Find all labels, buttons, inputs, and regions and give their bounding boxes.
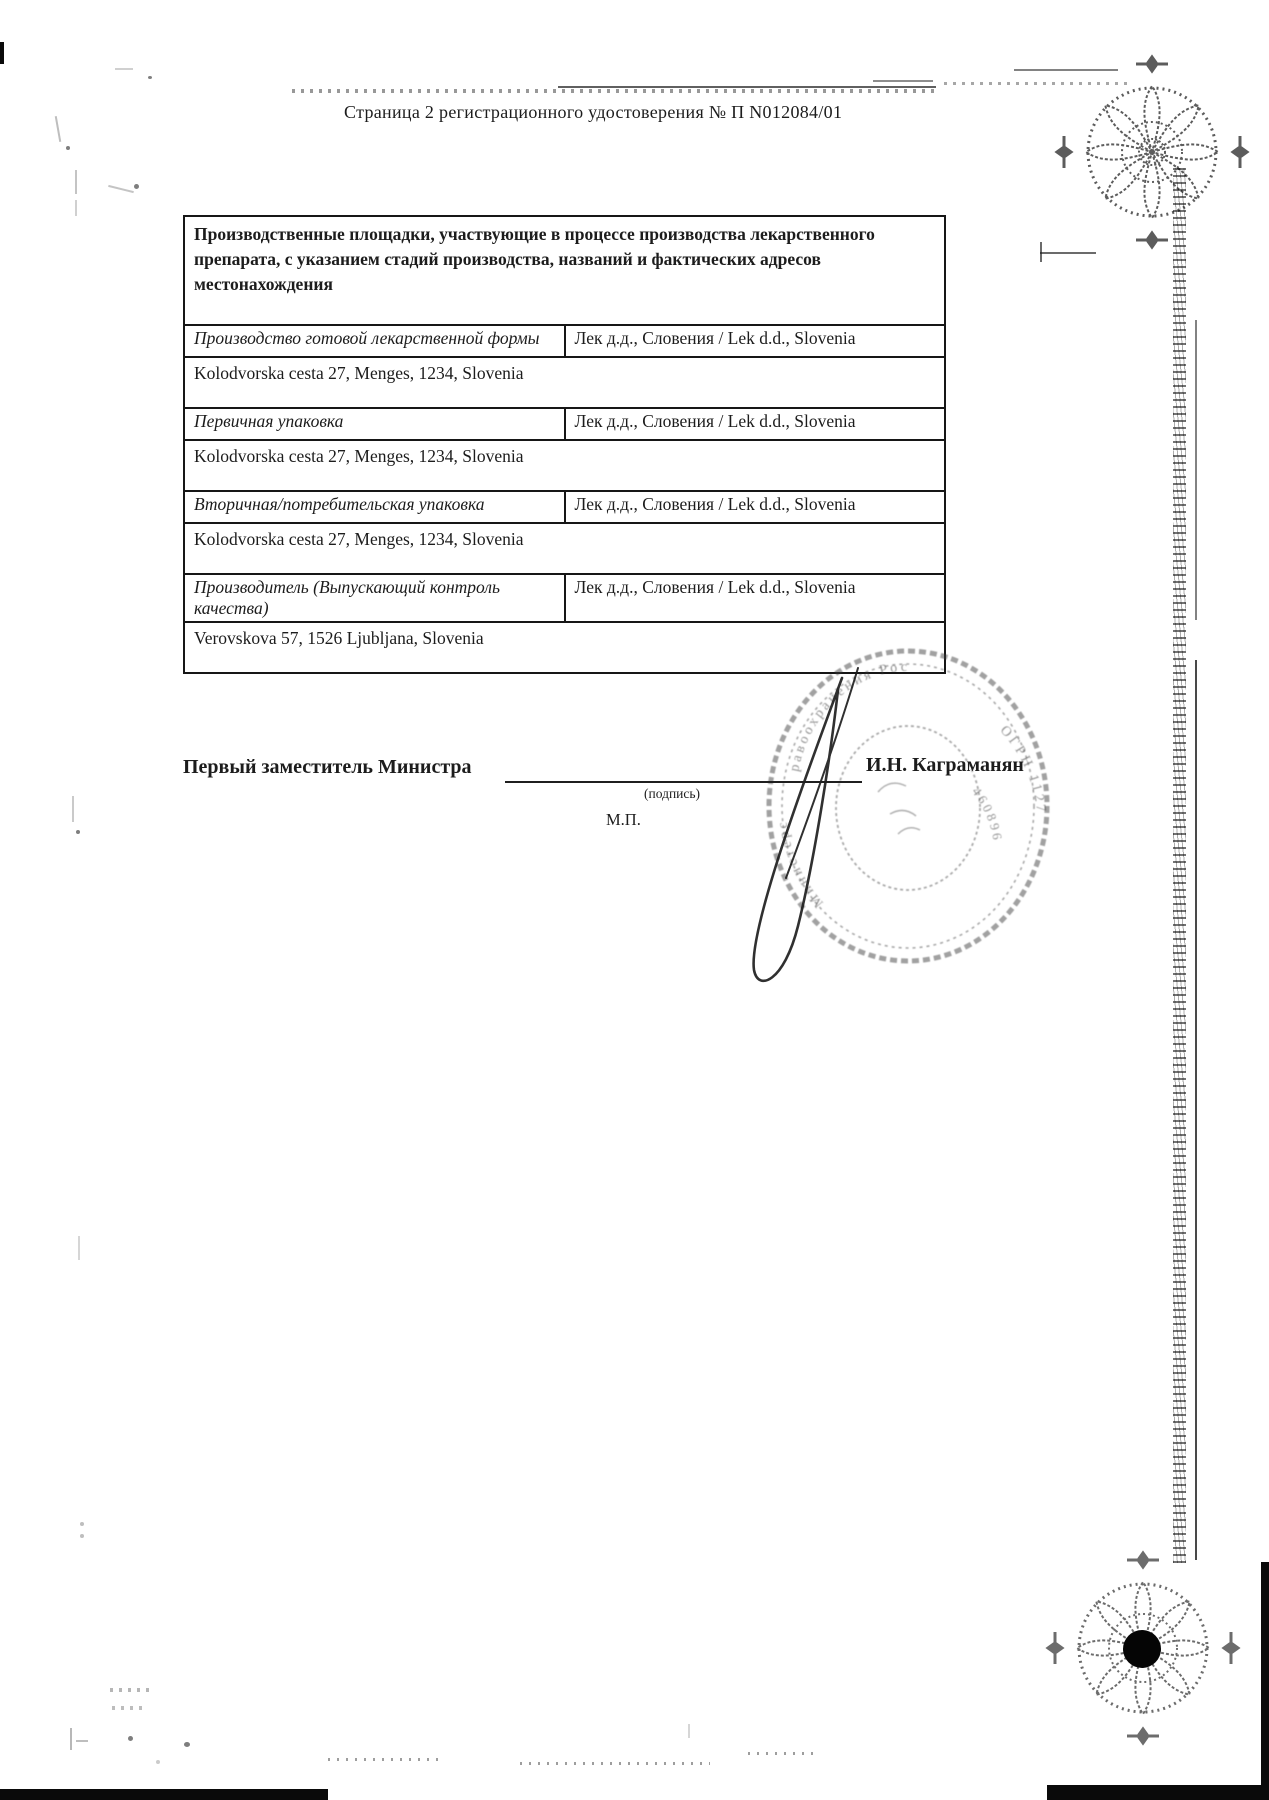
manufacturer: Лек д.д., Словения / Lek d.d., Slovenia xyxy=(565,491,946,523)
scan-noise xyxy=(115,68,133,70)
scan-noise xyxy=(55,116,61,142)
scan-noise xyxy=(688,1724,690,1738)
production-stage: Производитель (Выпускающий контроль каче… xyxy=(184,574,565,622)
signatory-name: И.Н. Каграманян xyxy=(866,754,1024,777)
scanned-certificate-page: Страница 2 регистрационного удостоверени… xyxy=(0,0,1269,1800)
table-header-row: Производственные площадки, участвующие в… xyxy=(184,216,945,325)
scan-noise xyxy=(66,146,70,150)
scan-noise-line xyxy=(558,86,936,88)
table-header: Производственные площадки, участвующие в… xyxy=(184,216,945,325)
guilloche-border xyxy=(1173,168,1186,1563)
table-row: Производство готовой лекарственной формы… xyxy=(184,325,945,357)
scan-noise xyxy=(80,1534,84,1538)
scan-noise xyxy=(156,1760,160,1764)
scan-corner-mark xyxy=(1040,242,1042,262)
table-row: Вторичная/потребительская упаковка Лек д… xyxy=(184,491,945,523)
scan-noise xyxy=(112,1706,146,1710)
scan-noise xyxy=(70,1728,72,1750)
scan-edge-band xyxy=(1047,1785,1269,1800)
scan-noise xyxy=(76,830,80,834)
scan-noise xyxy=(108,185,134,193)
production-stage: Производство готовой лекарственной формы xyxy=(184,325,565,357)
scan-noise xyxy=(75,170,77,194)
handwritten-signature xyxy=(690,640,950,1000)
scan-noise xyxy=(80,1522,84,1526)
signature-line xyxy=(505,781,862,783)
scan-noise xyxy=(184,1742,190,1747)
table-row: Kolodvorska cesta 27, Menges, 1234, Slov… xyxy=(184,523,945,574)
production-sites-table: Производственные площадки, участвующие в… xyxy=(183,215,946,674)
scan-noise xyxy=(134,184,139,189)
punch-hole-dot xyxy=(1123,1630,1161,1668)
scan-noise xyxy=(75,200,77,216)
production-stage: Вторичная/потребительская упаковка xyxy=(184,491,565,523)
scan-noise xyxy=(72,796,74,822)
table-row: Производитель (Выпускающий контроль каче… xyxy=(184,574,945,622)
scan-edge-band xyxy=(0,1789,328,1800)
seal-caption: М.П. xyxy=(606,810,641,830)
scan-noise xyxy=(78,1236,80,1260)
stamp-digits-text: 460896 xyxy=(969,784,1005,844)
production-stage: Первичная упаковка xyxy=(184,408,565,440)
scan-noise-line xyxy=(328,1758,438,1761)
signatory-title: Первый заместитель Министра xyxy=(183,756,472,779)
border-line xyxy=(1195,320,1197,620)
manufacturer: Лек д.д., Словения / Lek d.d., Slovenia xyxy=(565,408,946,440)
scan-noise xyxy=(148,76,152,79)
table-row: Kolodvorska cesta 27, Menges, 1234, Slov… xyxy=(184,357,945,408)
table-row: Первичная упаковка Лек д.д., Словения / … xyxy=(184,408,945,440)
scan-noise-line xyxy=(873,80,933,82)
svg-text:460896: 460896 xyxy=(969,784,1005,844)
rosette-ornament-icon xyxy=(1043,1548,1243,1748)
scan-noise xyxy=(76,1740,88,1742)
manufacturer: Лек д.д., Словения / Lek d.d., Slovenia xyxy=(565,325,946,357)
scan-edge-mark xyxy=(0,42,4,64)
scan-noise-line xyxy=(292,89,940,93)
manufacturer-address: Kolodvorska cesta 27, Menges, 1234, Slov… xyxy=(184,440,945,491)
page-title: Страница 2 регистрационного удостоверени… xyxy=(344,102,842,123)
rosette-ornament-icon xyxy=(1052,52,1252,252)
table-row: Kolodvorska cesta 27, Menges, 1234, Slov… xyxy=(184,440,945,491)
border-line xyxy=(1195,660,1197,1560)
signature-caption: (подпись) xyxy=(644,786,700,802)
scan-corner-mark xyxy=(1040,252,1096,254)
scan-edge-band xyxy=(1261,1562,1269,1800)
scan-noise xyxy=(128,1736,133,1741)
manufacturer: Лек д.д., Словения / Lek d.d., Slovenia xyxy=(565,574,946,622)
scan-noise-line xyxy=(748,1752,818,1755)
scan-noise-line xyxy=(520,1762,710,1765)
manufacturer-address: Kolodvorska cesta 27, Menges, 1234, Slov… xyxy=(184,357,945,408)
scan-noise xyxy=(110,1688,150,1692)
manufacturer-address: Kolodvorska cesta 27, Menges, 1234, Slov… xyxy=(184,523,945,574)
